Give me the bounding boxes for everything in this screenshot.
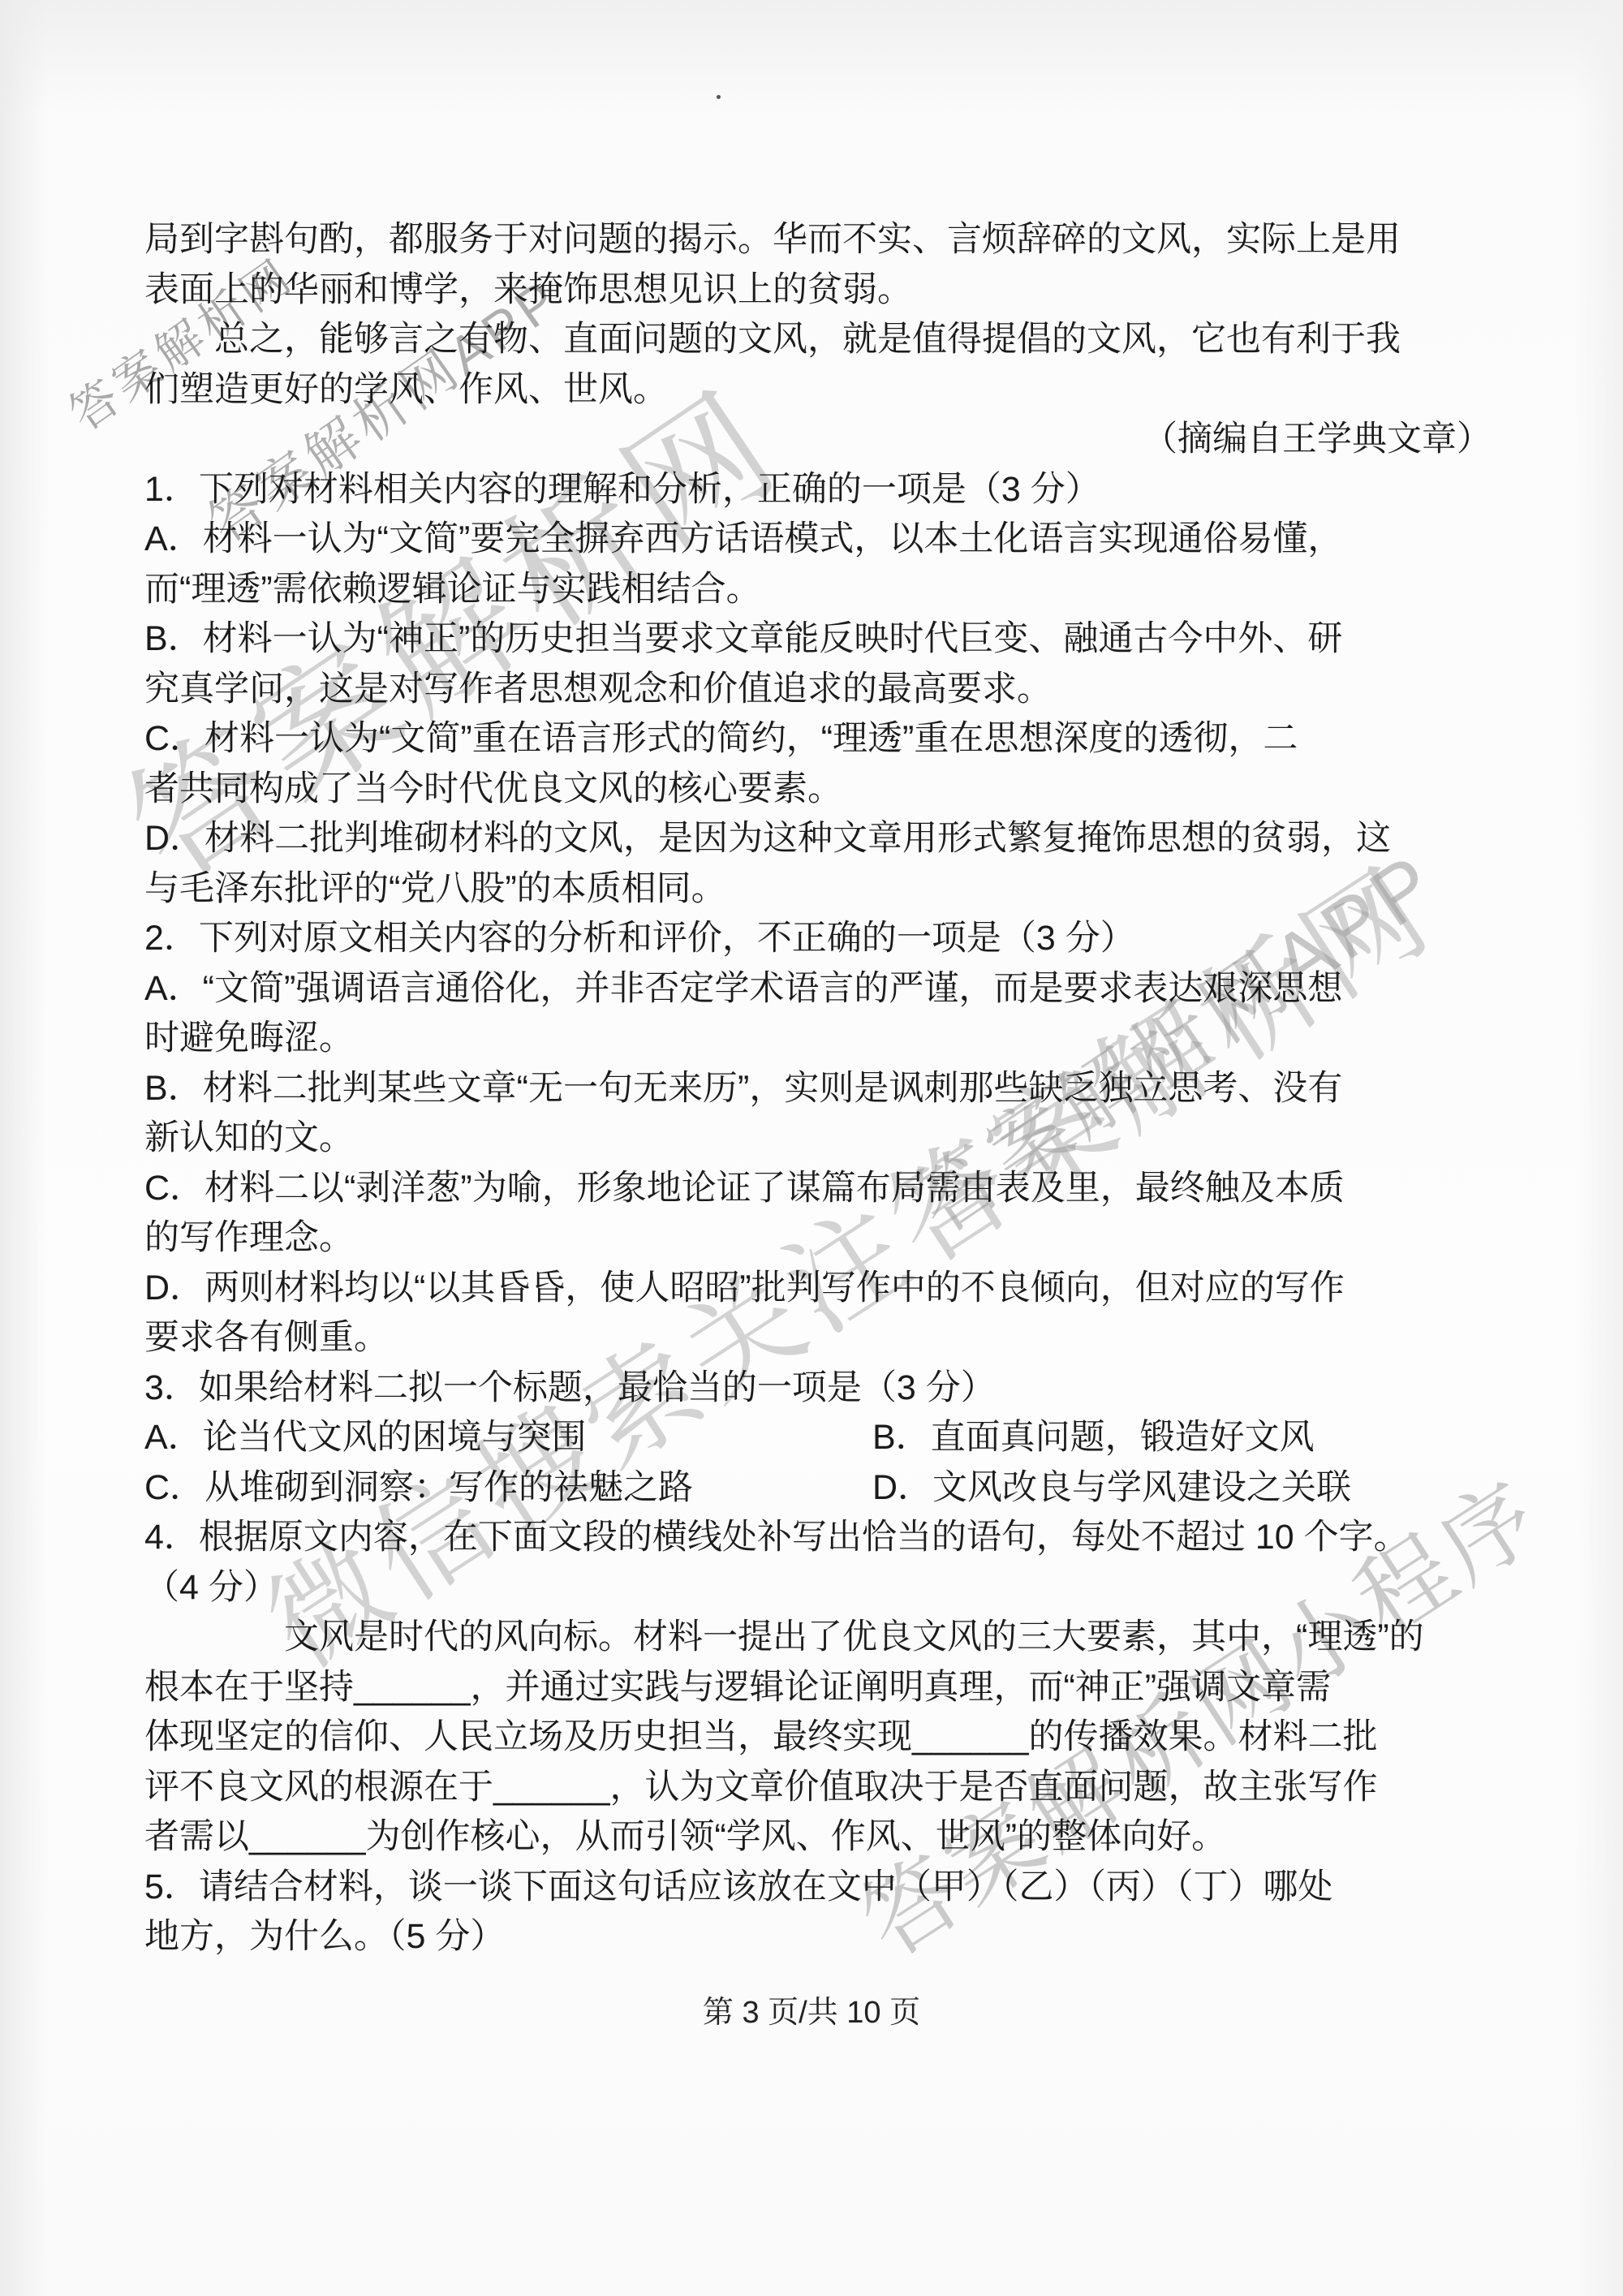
- question-2-option-d: D．两则材料均以“以其昏昏，使人昭昭”批判写作中的不良倾向，但对应的写作: [144, 1264, 1492, 1314]
- question-5-stem-cont: 地方，为什么。（5 分）: [144, 1912, 1492, 1962]
- question-4-passage-line: 者需以______为创作核心，从而引领“学风、作风、世风”的整体向好。: [144, 1812, 1492, 1863]
- text-line: 总之，能够言之有物、直面问题的文风，就是值得提倡的文风，它也有利于我: [144, 315, 1492, 365]
- page-content: 局到字斟句酌，都服务于对问题的揭示。华而不实、言烦辞碎的文风，实际上是用 表面上…: [144, 215, 1492, 1962]
- question-2-option-b-cont: 新认知的文。: [144, 1114, 1492, 1164]
- question-1-option-b: B．材料一认为“神正”的历史担当要求文章能反映时代巨变、融通古今中外、研: [144, 614, 1492, 665]
- question-1-option-c: C．材料一认为“文简”重在语言形式的简约，“理透”重在思想深度的透彻，二: [144, 714, 1492, 765]
- text-line: 局到字斟句酌，都服务于对问题的揭示。华而不实、言烦辞碎的文风，实际上是用: [144, 215, 1492, 265]
- scan-speck: [717, 95, 721, 99]
- question-1-option-b-cont: 究真学问，这是对写作者思想观念和价值追求的最高要求。: [144, 665, 1492, 715]
- question-3-stem: 3．如果给材料二拟一个标题，最恰当的一项是（3 分）: [144, 1363, 1492, 1414]
- question-1-option-a-cont: 而“理透”需依赖逻辑论证与实践相结合。: [144, 565, 1492, 615]
- exam-page: 答案解析网 答案解析网APP 答案解析网 答案解析网APP 微信搜索关注答案解析…: [0, 0, 1623, 2296]
- question-2-stem: 2．下列对原文相关内容的分析和评价，不正确的一项是（3 分）: [144, 914, 1492, 964]
- question-4-stem-cont: （4 分）: [144, 1563, 1492, 1613]
- question-2-option-b: B．材料二批判某些文章“无一句无来历”，实则是讽刺那些缺乏独立思考、没有: [144, 1064, 1492, 1114]
- question-1-option-d: D．材料二批判堆砌材料的文风，是因为这种文章用形式繁复掩饰思想的贫弱，这: [144, 814, 1492, 864]
- question-4-passage-line: 根本在于坚持______，并通过实践与逻辑论证阐明真理，而“神正”强调文章需: [144, 1663, 1492, 1713]
- question-3-options-row-2: C．从堆砌到洞察：写作的祛魅之路 D．文风改良与学风建设之关联: [144, 1463, 1492, 1514]
- question-2-option-a-cont: 时避免晦涩。: [144, 1014, 1492, 1064]
- question-4-passage-line: 评不良文风的根源在于______，认为文章价值取决于是否直面问题，故主张写作: [144, 1763, 1492, 1813]
- question-5-stem: 5．请结合材料，谈一谈下面这句话应该放在文中（甲）（乙）（丙）（丁）哪处: [144, 1863, 1492, 1913]
- page-number: 第 3 页/共 10 页: [0, 1987, 1623, 2031]
- question-3-option-c: C．从堆砌到洞察：写作的祛魅之路: [144, 1463, 872, 1514]
- question-2-option-c-cont: 的写作理念。: [144, 1213, 1492, 1264]
- question-2-option-a: A．“文简”强调语言通俗化，并非否定学术语言的严谨，而是要求表达艰深思想: [144, 964, 1492, 1014]
- question-1-stem: 1．下列对材料相关内容的理解和分析，正确的一项是（3 分）: [144, 465, 1492, 515]
- question-4-passage-line: 文风是时代的风向标。材料一提出了优良文风的三大要素，其中，“理透”的: [144, 1613, 1492, 1663]
- text-line: 表面上的华丽和博学，来掩饰思想见识上的贫弱。: [144, 265, 1492, 316]
- question-1-option-c-cont: 者共同构成了当今时代优良文风的核心要素。: [144, 765, 1492, 815]
- question-3-option-d: D．文风改良与学风建设之关联: [872, 1463, 1351, 1514]
- question-2-option-d-cont: 要求各有侧重。: [144, 1313, 1492, 1363]
- question-3-option-a: A．论当代文风的困境与突围: [144, 1413, 872, 1463]
- question-4-passage-line: 体现坚定的信仰、人民立场及历史担当，最终实现______的传播效果。材料二批: [144, 1712, 1492, 1763]
- question-3-option-b: B．直面真问题，锻造好文风: [872, 1413, 1315, 1463]
- question-4-stem: 4．根据原文内容，在下面文段的横线处补写出恰当的语句，每处不超过 10 个字。: [144, 1513, 1492, 1563]
- question-2-option-c: C．材料二以“剥洋葱”为喻，形象地论证了谋篇布局需由表及里，最终触及本质: [144, 1164, 1492, 1214]
- question-3-options-row-1: A．论当代文风的困境与突围 B．直面真问题，锻造好文风: [144, 1413, 1492, 1463]
- text-line: 们塑造更好的学风、作风、世风。: [144, 365, 1492, 416]
- question-1-option-a: A．材料一认为“文简”要完全摒弃西方话语模式，以本土化语言实现通俗易懂，: [144, 515, 1492, 565]
- source-attribution: （摘编自王学典文章）: [144, 415, 1492, 465]
- question-1-option-d-cont: 与毛泽东批评的“党八股”的本质相同。: [144, 864, 1492, 915]
